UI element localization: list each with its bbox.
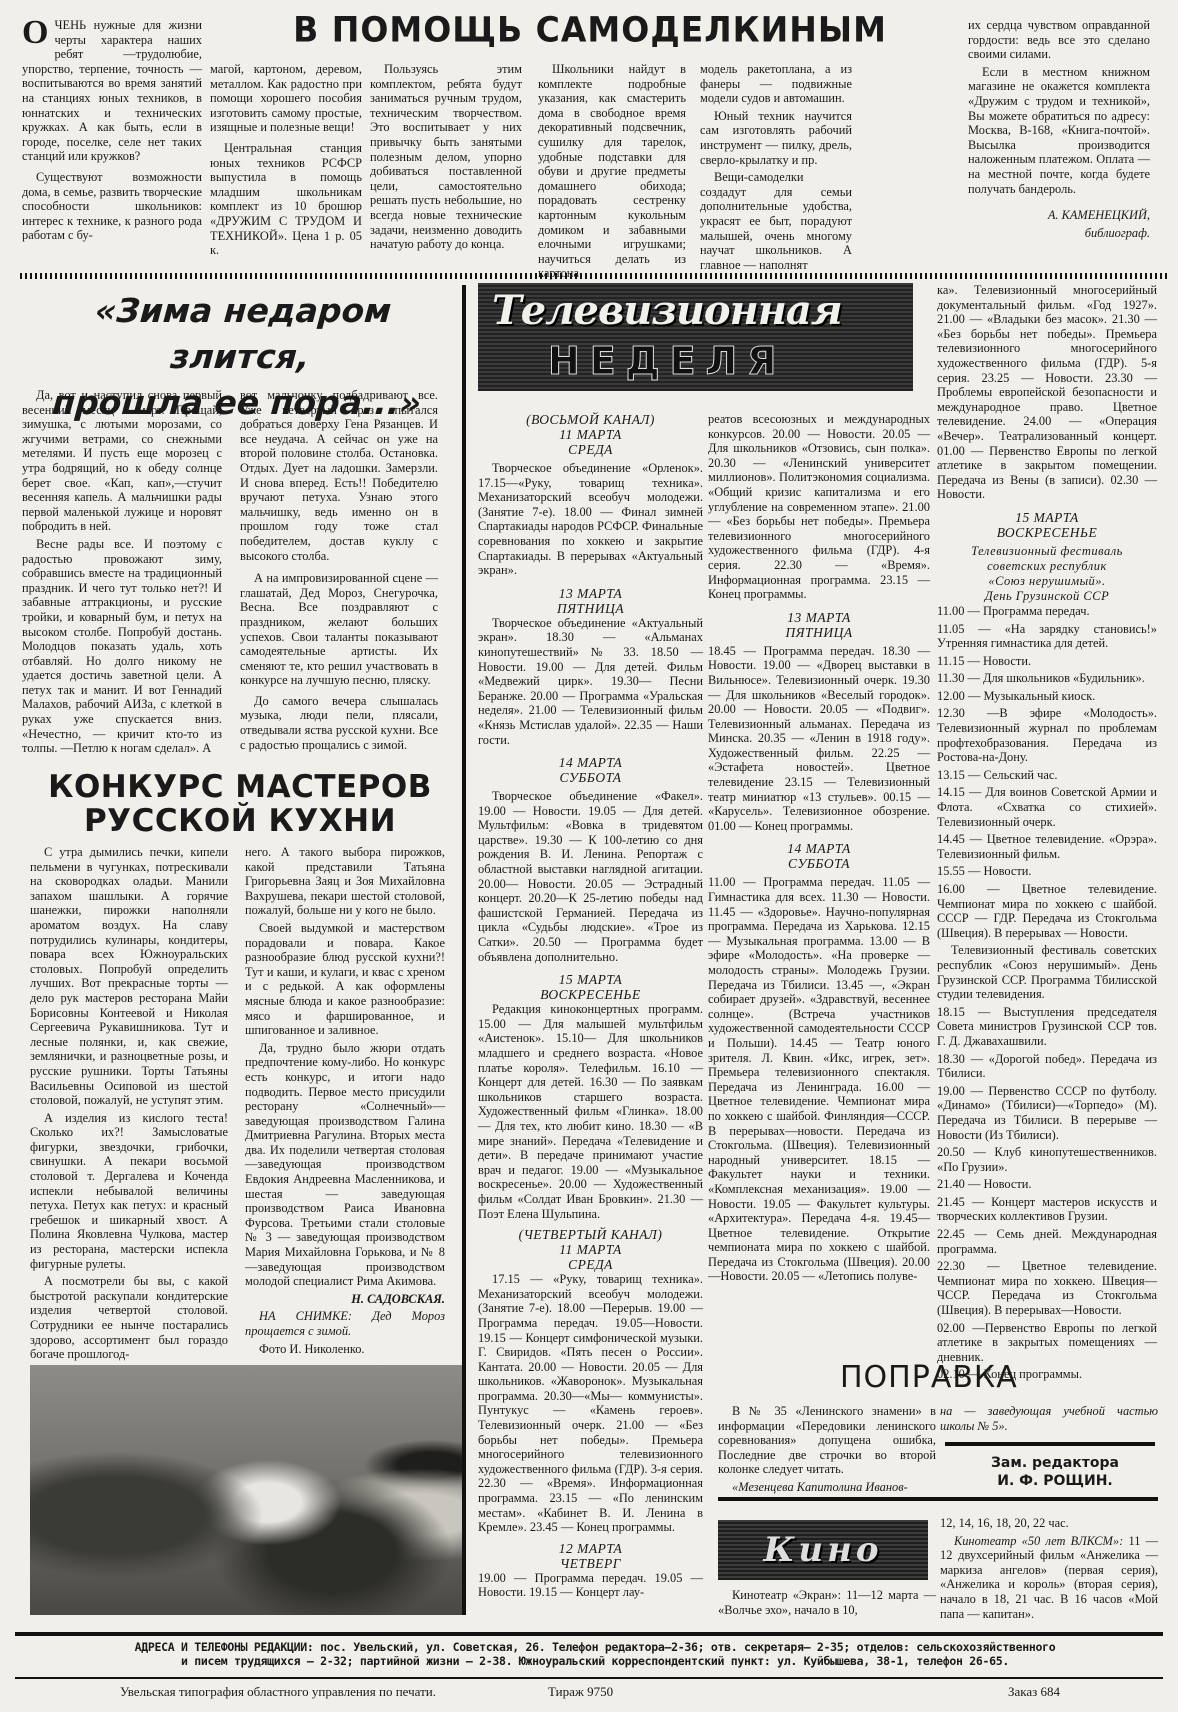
headline-samodelkin: В ПОМОЩЬ САМОДЕЛКИНЫМ xyxy=(250,9,930,50)
photo-ded-moroz xyxy=(30,1365,462,1615)
cinema-vlksm: 12, 14, 16, 18, 20, 22 час. Кинотеатр «5… xyxy=(940,1516,1158,1624)
footer-order: Заказ 684 xyxy=(1008,1684,1060,1700)
editor-rule xyxy=(945,1442,1155,1446)
winter-col1: Да, вот и наступил снова первый весенний… xyxy=(22,388,222,759)
footer-printer: Увельская типография областного управлен… xyxy=(120,1684,436,1700)
cooking-col1: С утра дымились печки, кипели пельмени в… xyxy=(30,845,228,1365)
section-divider-top xyxy=(20,273,1170,279)
top-article-col5: модель ракетоплана, а из фанеры — подвиж… xyxy=(700,62,852,275)
divider-left xyxy=(462,285,466,1615)
cinema-rule xyxy=(718,1497,1158,1501)
footer-circulation: Тираж 9750 xyxy=(548,1684,613,1700)
author-kamenetsky: А. КАМЕНЕЦКИЙ, xyxy=(968,208,1150,223)
correction-col1: В № 35 «Ленинского знамени» в информации… xyxy=(718,1404,936,1498)
top-article-col1: ОЧЕНЬ нужные для жизни черты характера н… xyxy=(22,18,202,246)
tv-week-banner: Телевизионная НЕДЕЛЯ xyxy=(478,283,913,391)
headline-cooking-contest: КОНКУРС МАСТЕРОВ РУССКОЙ КУХНИ xyxy=(30,770,450,838)
author-sadovskaya: Н. САДОВСКАЯ. xyxy=(245,1292,445,1307)
photo-credit: Фото И. Николенко. xyxy=(245,1342,445,1357)
top-article-col3: Пользуясь этим комплектом, ребята будут … xyxy=(370,62,522,255)
top-article-col2: магой, картоном, деревом, металлом. Как … xyxy=(210,62,362,261)
channel8-title: (ВОСЬМОЙ КАНАЛ) xyxy=(478,412,703,427)
tv-col-a: (ВОСЬМОЙ КАНАЛ) 11 МАРТА СРЕДА Творческо… xyxy=(478,412,703,1603)
top-article-col6: их сердца чувством оправданной гордости:… xyxy=(968,18,1150,243)
footer-address: АДРЕСА И ТЕЛЕФОНЫ РЕДАКЦИИ: пос. Увельск… xyxy=(40,1640,1150,1668)
tv-col-c: ка». Телевизионный многосерийный докумен… xyxy=(937,283,1157,1385)
correction-title: ПОПРАВКА xyxy=(840,1360,1010,1395)
channel4-title: (ЧЕТВЕРТЫЙ КАНАЛ) xyxy=(478,1227,703,1242)
author-role: библиограф. xyxy=(968,226,1150,241)
footer-rule-bottom xyxy=(15,1677,1163,1679)
winter-col2: вот мальчонку подбадривают все. Уже четв… xyxy=(240,388,438,755)
photo-caption: НА СНИМКЕ: Дед Мороз прощается с зимой. xyxy=(245,1309,445,1338)
cinema-ekran: Кинотеатр «Экран»: 11—12 марта — «Волчье… xyxy=(718,1588,936,1620)
footer-rule-top xyxy=(15,1632,1163,1636)
drop-cap: О xyxy=(22,18,48,48)
editor-block: Зам. редактора И. Ф. РОЩИН. xyxy=(960,1454,1150,1490)
cinema-banner: Кино xyxy=(718,1520,928,1580)
correction-col2: на — заведующая учебной частью школы № 5… xyxy=(940,1404,1158,1436)
cooking-col2: него. А такого выбора пирожков, какой пр… xyxy=(245,845,445,1359)
top-article-col4: Школьники найдут в комплекте подробные у… xyxy=(538,62,686,284)
tv-col-b: реатов всесоюзных и международных конкур… xyxy=(708,412,930,1287)
